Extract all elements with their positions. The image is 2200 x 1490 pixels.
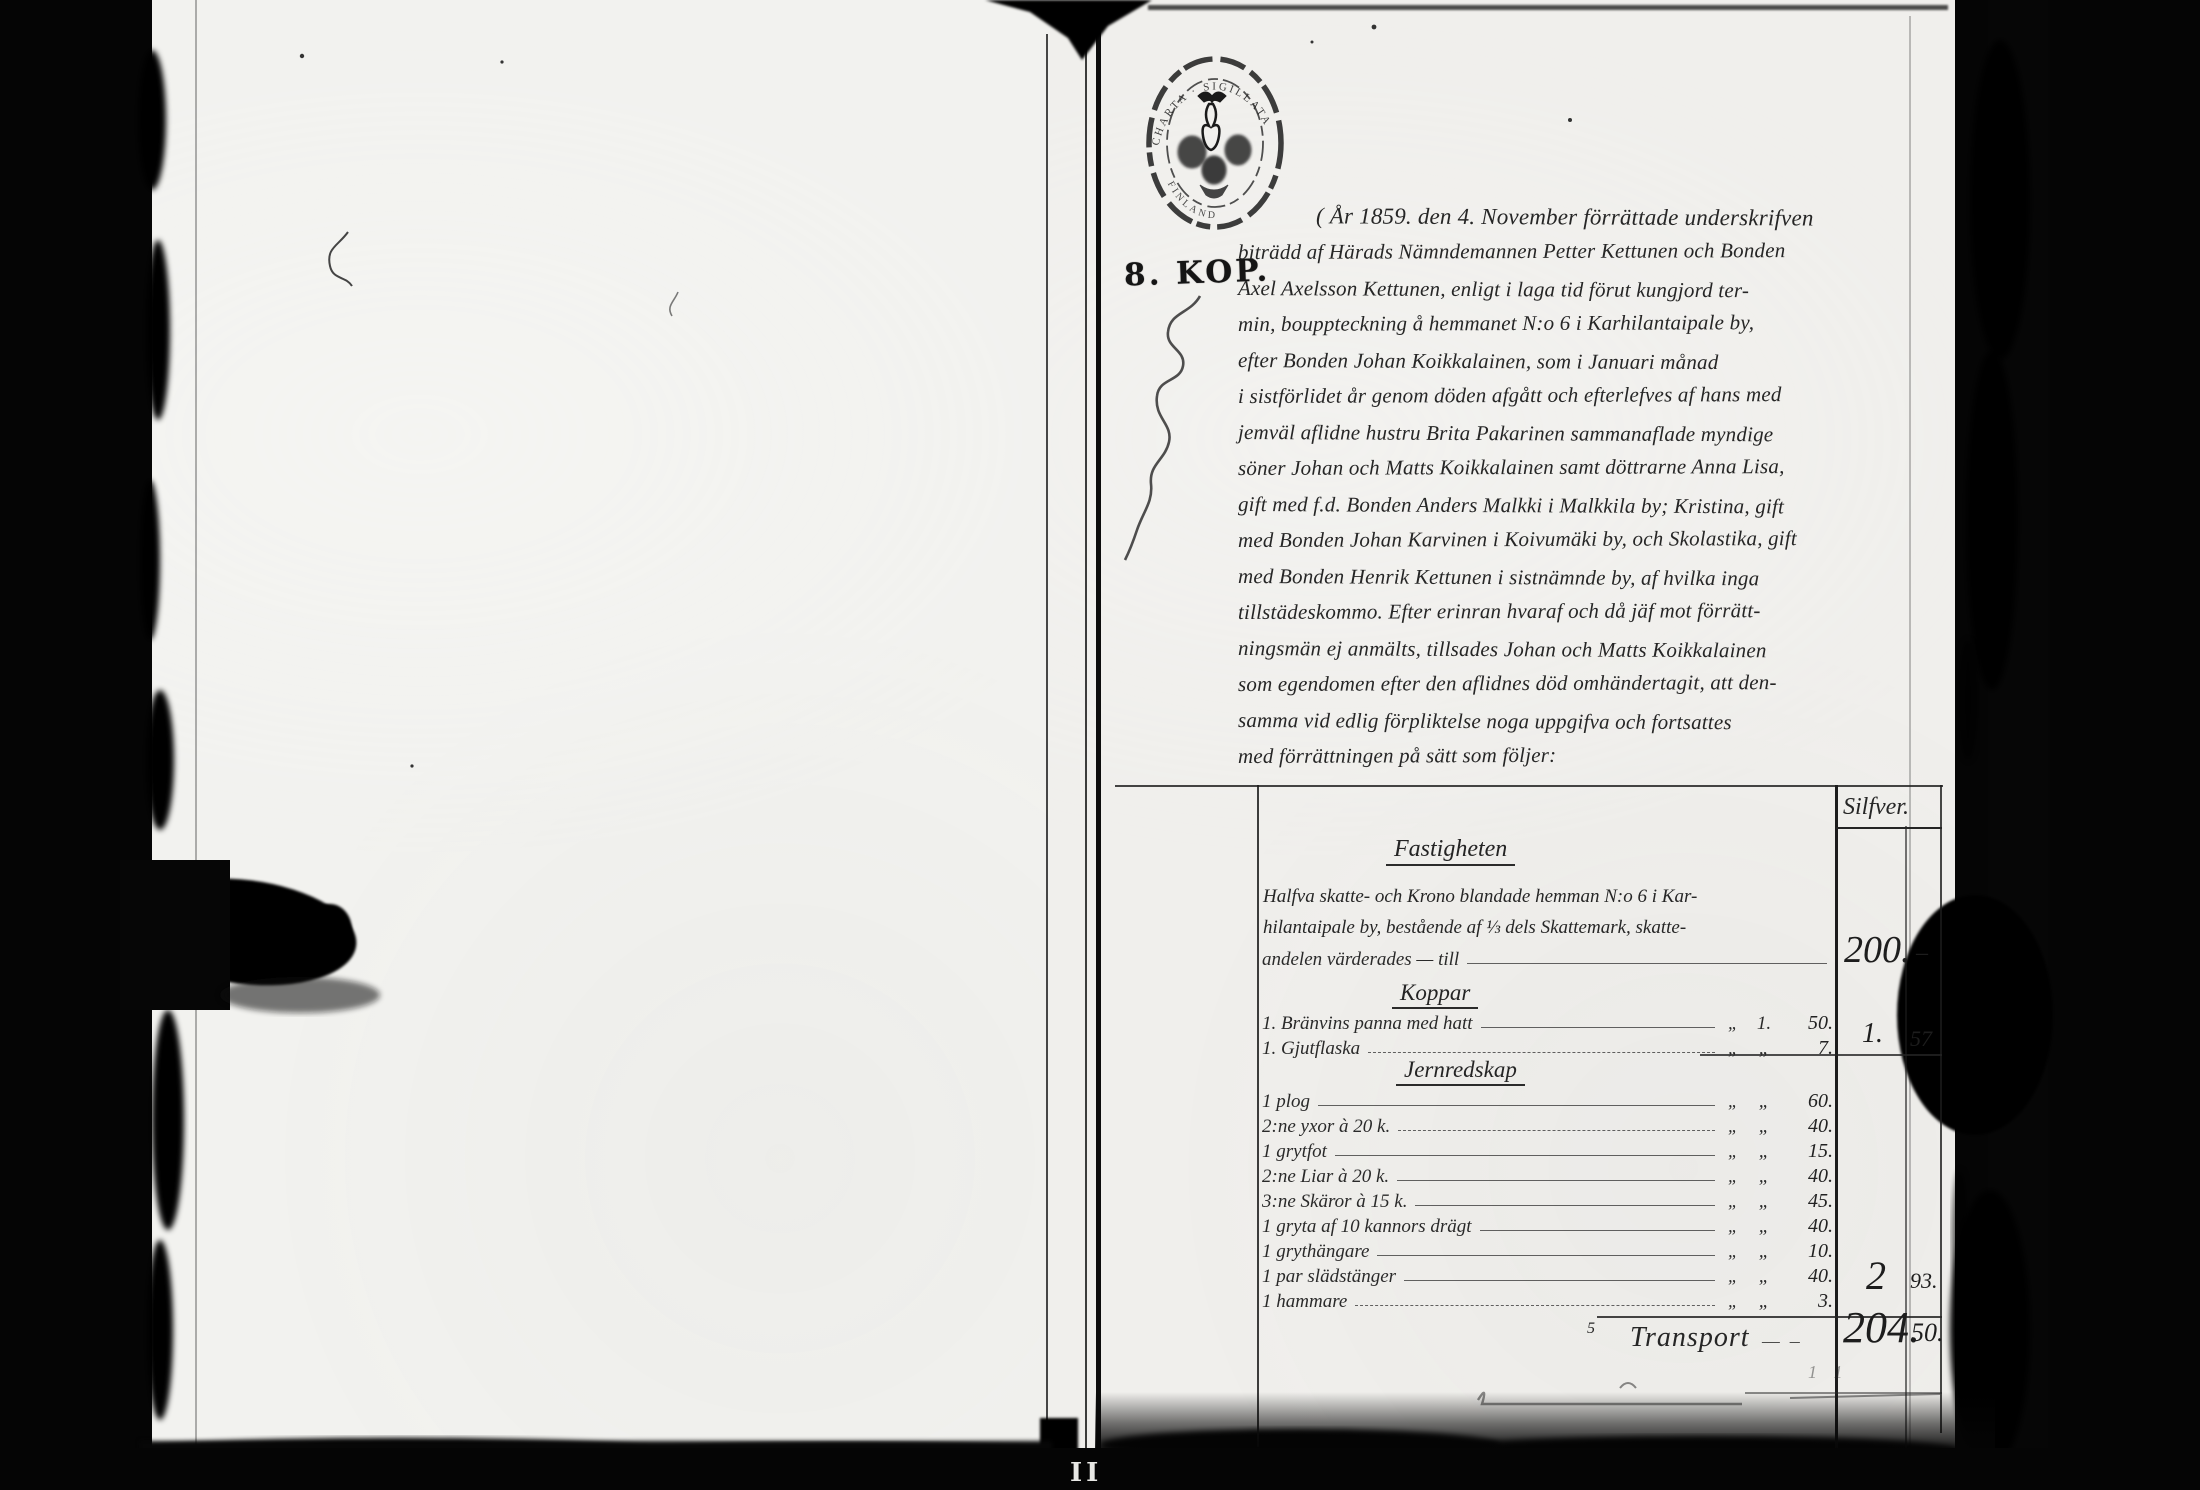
koppar-subtotal-rubel: 1. <box>1862 1018 1883 1050</box>
row-kopek: 3. <box>1783 1290 1833 1313</box>
row-ditto: „ <box>1721 1090 1745 1113</box>
row-label: 1 grythängare <box>1262 1240 1369 1263</box>
body-line: i sistförlidet år genom döden afgått och… <box>1238 376 1950 414</box>
row-label: 1 plog <box>1262 1090 1310 1113</box>
row-rubel: „ <box>1745 1115 1783 1138</box>
row-ditto: „ <box>1721 1265 1745 1288</box>
row-kopek: 7. <box>1783 1037 1833 1060</box>
row-ditto: „ <box>1721 1290 1745 1313</box>
fastighet-value-kopek: – <box>1916 940 1928 967</box>
body-line: som egendomen efter den aflidnes död omh… <box>1238 664 1950 702</box>
leader-line <box>1467 963 1827 964</box>
row-ditto: „ <box>1721 1012 1745 1035</box>
table-top-rule <box>1115 785 1943 787</box>
row-kopek: 10. <box>1783 1240 1833 1263</box>
scan-black-right-edge <box>2008 0 2200 1490</box>
transport-label: Transport <box>1630 1322 1750 1354</box>
koppar-subtotal-kopek: 57 <box>1910 1026 1932 1052</box>
leader-line <box>1335 1155 1715 1156</box>
table-row: 1 grytfot „ „ 15. <box>1262 1138 1833 1163</box>
table-row: 1. Bränvins panna med hatt „ 1. 50. <box>1262 1010 1833 1035</box>
row-label: 2:ne Liar à 20 k. <box>1262 1165 1389 1188</box>
row-ditto: „ <box>1721 1140 1745 1163</box>
row-label: 1 hammare <box>1262 1290 1347 1313</box>
table-left-rule <box>1257 785 1259 1447</box>
table-row: 1 grythängare „ „ 10. <box>1262 1238 1833 1263</box>
table-row: 1 gryta af 10 kannors drägt „ „ 40. <box>1262 1213 1833 1238</box>
section-heading-jernredskap: Jernredskap <box>1396 1057 1525 1086</box>
value-column-header: Silfver. <box>1843 794 1909 821</box>
row-ditto: „ <box>1721 1240 1745 1263</box>
section-heading-koppar: Koppar <box>1392 980 1478 1009</box>
leader-line <box>1368 1052 1715 1053</box>
row-kopek: 40. <box>1783 1215 1833 1238</box>
table-row: 1 plog „ „ 60. <box>1262 1088 1833 1113</box>
row-rubel: 1. <box>1745 1012 1783 1035</box>
scan-dark-top-strip <box>1148 5 1948 10</box>
row-rubel: „ <box>1745 1240 1783 1263</box>
row-rubel: „ <box>1745 1190 1783 1213</box>
row-rubel: „ <box>1745 1265 1783 1288</box>
scanned-book-spread: CHARTA · SIGILLATA FINLAND <box>0 0 2200 1490</box>
table-row: 2:ne yxor à 20 k. „ „ 40. <box>1262 1113 1833 1138</box>
row-kopek: 40. <box>1783 1165 1833 1188</box>
row-label: 3:ne Skäror à 15 k. <box>1262 1190 1407 1213</box>
row-ditto: „ <box>1721 1165 1745 1188</box>
table-row: 1 hammare „ „ 3. <box>1262 1288 1833 1313</box>
body-line: med Bonden Johan Karvinen i Koivumäki by… <box>1238 520 1950 558</box>
table-inner-rule <box>1835 785 1838 1457</box>
row-rubel: „ <box>1745 1290 1783 1313</box>
body-line: med förrättningen på sätt som följer: <box>1238 736 1950 774</box>
leader-line <box>1481 1027 1715 1028</box>
left-page-crease-line <box>195 0 197 1445</box>
row-label: 1. Bränvins panna med hatt <box>1262 1012 1473 1035</box>
row-kopek: 45. <box>1783 1190 1833 1213</box>
row-kopek: 15. <box>1783 1140 1833 1163</box>
page-tick-mark: 5 <box>1587 1320 1595 1338</box>
body-line: min, bouppteckning å hemmanet N:o 6 i Ka… <box>1238 304 1950 342</box>
transport-dashes: — – <box>1762 1330 1800 1353</box>
row-kopek: 40. <box>1783 1115 1833 1138</box>
row-ditto: „ <box>1721 1215 1745 1238</box>
jernredskap-subtotal-rubel: 2 <box>1866 1252 1886 1299</box>
row-kopek: 50. <box>1783 1012 1833 1035</box>
row-ditto: „ <box>1721 1037 1745 1060</box>
jernredskap-subtotal-kopek: 93. <box>1910 1268 1938 1294</box>
row-rubel: „ <box>1745 1037 1783 1060</box>
scan-black-left-edge <box>0 0 152 1490</box>
row-rubel: „ <box>1745 1165 1783 1188</box>
faint-tick-marks: 1 1 <box>1808 1362 1849 1383</box>
fastighet-line3: andelen värderades — till <box>1262 948 1459 971</box>
fold-line-middle <box>1085 44 1087 1458</box>
row-label: 1 gryta af 10 kannors drägt <box>1262 1215 1472 1238</box>
leader-line <box>1397 1180 1715 1181</box>
fastighet-line2: hilantaipale by, bestående af ⅓ dels Ska… <box>1263 917 1686 939</box>
row-kopek: 60. <box>1783 1090 1833 1113</box>
handwritten-body: ( År 1859. den 4. November förrättade un… <box>1238 198 1950 774</box>
row-label: 1 grytfot <box>1262 1140 1327 1163</box>
leader-line <box>1480 1230 1715 1231</box>
fastighet-value-row: andelen värderades — till <box>1262 946 1833 971</box>
fold-line-left <box>1046 34 1048 1446</box>
fastighet-line1: Halfva skatte- och Krono blandade hemman… <box>1263 886 1697 908</box>
transport-kopek: 50. <box>1911 1318 1944 1348</box>
section-heading-fastigheten: Fastigheten <box>1386 836 1515 866</box>
body-line: söner Johan och Matts Koikkalainen samt … <box>1238 448 1950 486</box>
leader-line <box>1377 1255 1715 1256</box>
row-label: 2:ne yxor à 20 k. <box>1262 1115 1390 1138</box>
table-row: 3:ne Skäror à 15 k. „ „ 45. <box>1262 1188 1833 1213</box>
row-rubel: „ <box>1745 1140 1783 1163</box>
leader-line <box>1318 1105 1715 1106</box>
table-row: 2:ne Liar à 20 k. „ „ 40. <box>1262 1163 1833 1188</box>
fold-line-right <box>1096 28 1101 1448</box>
leader-line <box>1398 1130 1715 1131</box>
row-rubel: „ <box>1745 1215 1783 1238</box>
body-line: tillstädeskommo. Efter erinran hvaraf oc… <box>1238 592 1950 630</box>
row-ditto: „ <box>1721 1190 1745 1213</box>
row-rubel: „ <box>1745 1090 1783 1113</box>
spine-bottom-mark: II <box>1070 1458 1102 1488</box>
table-kopek-rule <box>1905 826 1907 1456</box>
leader-line <box>1404 1280 1715 1281</box>
row-label: 1. Gjutflaska <box>1262 1037 1360 1060</box>
table-row: 1 par slädstänger „ „ 40. <box>1262 1263 1833 1288</box>
row-kopek: 40. <box>1783 1265 1833 1288</box>
fastighet-value-rubel: 200. <box>1844 928 1911 972</box>
leader-line <box>1355 1305 1715 1306</box>
row-label: 1 par slädstänger <box>1262 1265 1396 1288</box>
row-ditto: „ <box>1721 1115 1745 1138</box>
leader-line <box>1415 1205 1715 1206</box>
transport-rubel: 204. <box>1843 1302 1920 1353</box>
silfver-header-underline <box>1836 827 1942 829</box>
table-row: 1. Gjutflaska „ „ 7. <box>1262 1035 1833 1060</box>
body-line: biträdd af Härads Nämndemannen Petter Ke… <box>1238 232 1950 270</box>
left-page-blank <box>150 0 1050 1448</box>
